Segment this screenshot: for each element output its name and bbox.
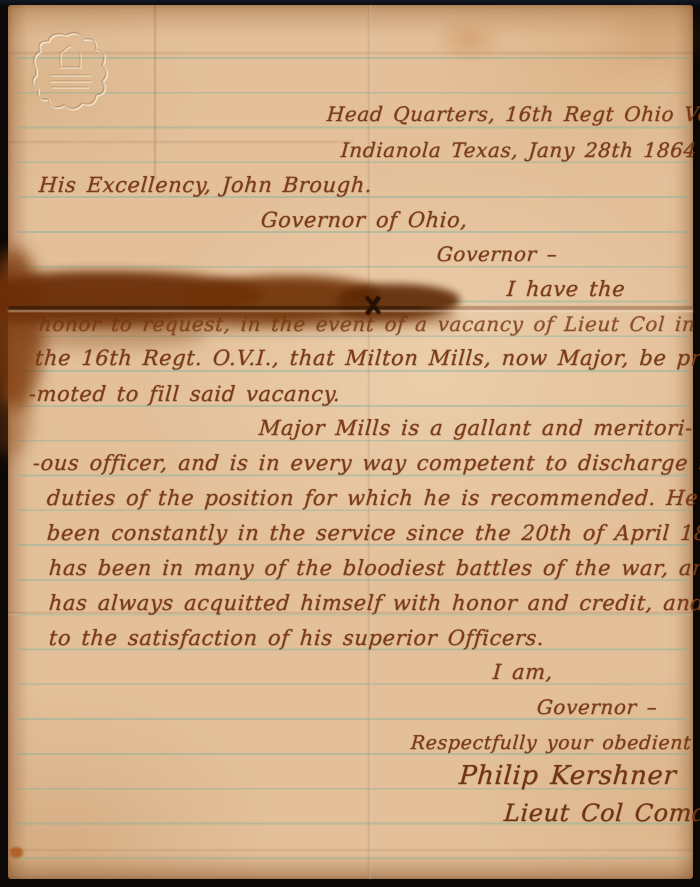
letter-heading-line: Head Quarters, 16th Regt Ohio Vol Inftry: [326, 102, 700, 126]
letter-addressee: His Excellency, John Brough.: [38, 173, 373, 198]
letter-body-line: been constantly in the service since the…: [46, 521, 700, 546]
letter-salutation: Governor –: [436, 242, 558, 266]
letter-body-line: Major Mills is a gallant and meritori-: [258, 416, 694, 441]
letter-addressee-title: Governor of Ohio,: [260, 208, 468, 233]
letter-closing-line: Governor –: [536, 695, 658, 719]
letter-closing-line: I am,: [492, 660, 554, 685]
letter-body-line: duties of the position for which he is r…: [46, 486, 700, 511]
ink-blot-cross: [360, 291, 386, 319]
letter-body-line: I have the: [506, 277, 626, 302]
letter-body-line: has been in many of the bloodiest battle…: [48, 556, 700, 581]
embossed-stationers-crest-icon: [22, 27, 118, 119]
letter-dateline: Indianola Texas, Jany 28th 1864: [340, 138, 698, 162]
letter-body-line: -ous officer, and is in every way compet…: [32, 451, 700, 476]
letter-body-line: to the satisfaction of his superior Offi…: [48, 626, 545, 651]
letter-paper: Head Quarters, 16th Regt Ohio Vol Inftry…: [8, 5, 693, 879]
letter-body-line: has always acquitted himself with honor …: [48, 591, 700, 616]
letter-closing-line: Respectfully your obedient Servt: [410, 732, 700, 755]
letter-signature-rank: Lieut Col Comdg.: [503, 799, 700, 828]
letter-signature: Philip Kershner: [458, 761, 677, 792]
letter-body-line: the 16th Regt. O.V.I., that Milton Mills…: [34, 346, 700, 371]
scanned-letter: Head Quarters, 16th Regt Ohio Vol Inftry…: [0, 0, 700, 887]
letter-body-line: -moted to fill said vacancy.: [28, 382, 341, 407]
